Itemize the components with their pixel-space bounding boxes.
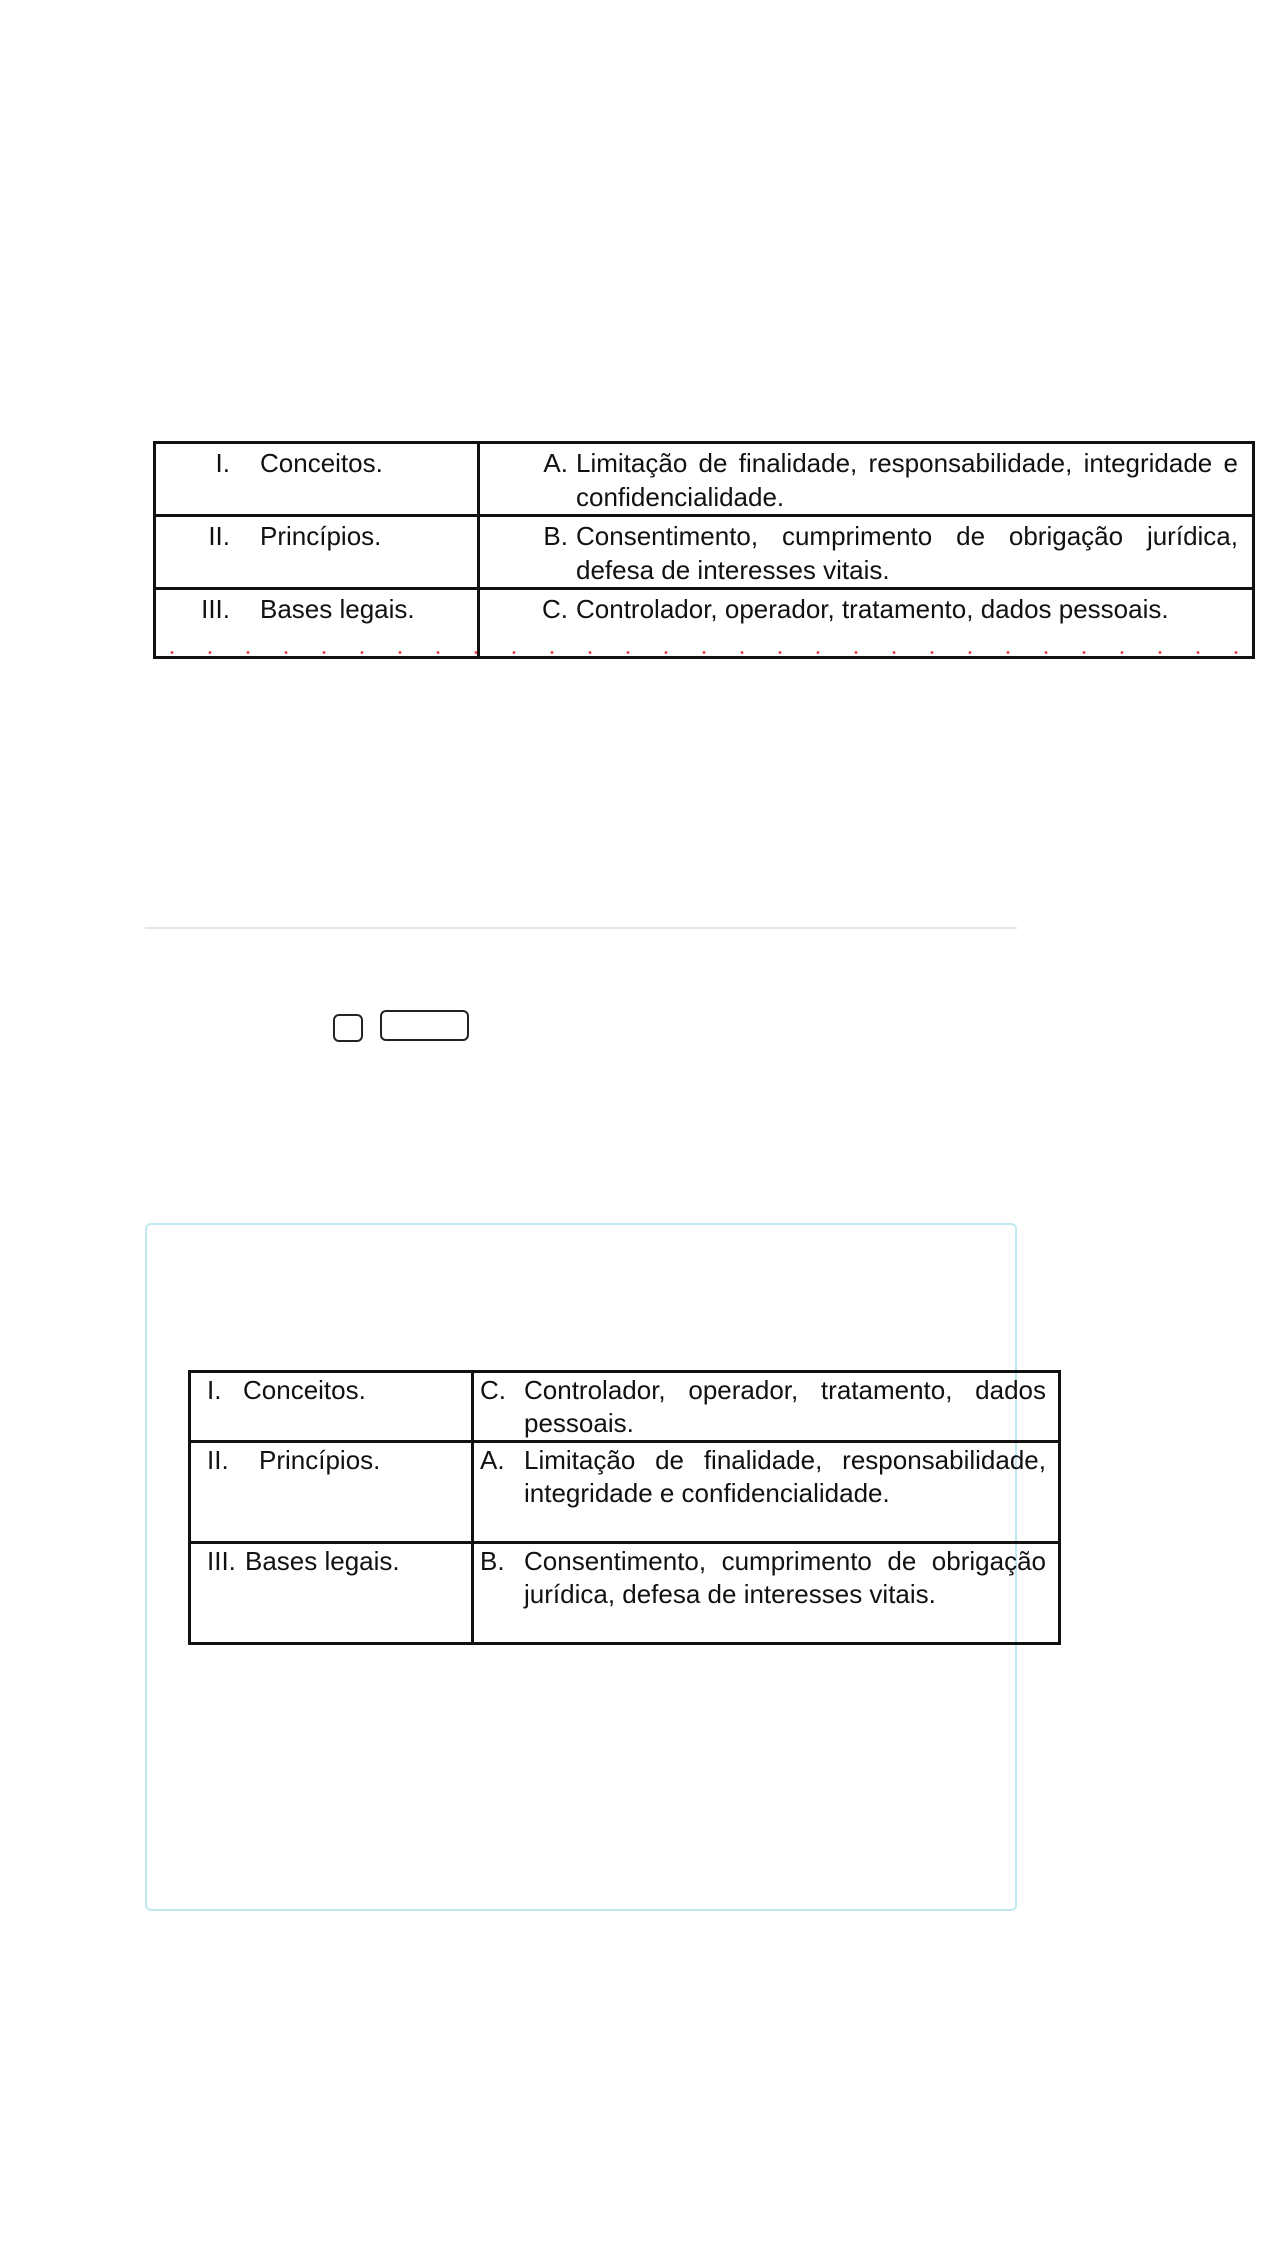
term-cell: II. Princípios. [190, 1442, 473, 1543]
description-cell: A. Limitação de finalidade, responsabili… [479, 443, 1254, 516]
term-cell: III. Bases legais. [155, 589, 479, 658]
term-label: Princípios. [260, 519, 381, 553]
description-cell: C. Controlador, operador, tratamento, da… [479, 589, 1254, 658]
question-image-table: I. Conceitos. A. Limitação de finalidade… [153, 441, 1255, 659]
term-cell: I. Conceitos. [190, 1372, 473, 1442]
table-row: II. Princípios. B. Consentimento, cumpri… [155, 516, 1254, 589]
description-text: Limitação de finalidade, responsabilidad… [576, 446, 1238, 514]
description-cell: B. Consentimento, cumprimento de obrigaç… [473, 1543, 1060, 1644]
description-cell: A. Limitação de finalidade, responsabili… [473, 1442, 1060, 1543]
description-cell: B. Consentimento, cumprimento de obrigaç… [479, 516, 1254, 589]
term-cell: I. Conceitos. [155, 443, 479, 516]
table-row: III. Bases legais. B. Consentimento, cum… [190, 1543, 1060, 1644]
term-label: Conceitos. [260, 446, 383, 480]
description-text: Controlador, operador, tratamento, dados… [576, 592, 1238, 626]
roman-numeral: II. [190, 519, 230, 553]
term-label: Bases legais. [260, 592, 415, 626]
answer-checkbox[interactable] [333, 1014, 363, 1042]
description-text: Limitação de finalidade, responsabilidad… [524, 1444, 1046, 1510]
clipped-red-text [153, 651, 1255, 659]
option-letter: B. [480, 519, 576, 587]
roman-numeral: III. [190, 592, 230, 626]
description-text: Controlador, operador, tratamento, dados… [524, 1374, 1046, 1440]
term-label: Conceitos. [243, 1374, 366, 1407]
option-letter: A. [480, 1444, 524, 1510]
option-letter: A. [480, 446, 576, 514]
answer-input[interactable] [380, 1010, 469, 1041]
description-text: Consentimento, cumprimento de obrigação … [524, 1545, 1046, 1611]
table-row: III. Bases legais. C. Controlador, opera… [155, 589, 1254, 658]
description-text: Consentimento, cumprimento de obrigação … [576, 519, 1238, 587]
table-row: I. Conceitos. A. Limitação de finalidade… [155, 443, 1254, 516]
description-cell: C. Controlador, operador, tratamento, da… [473, 1372, 1060, 1442]
roman-numeral: III. [207, 1545, 245, 1578]
table-row: I. Conceitos. C. Controlador, operador, … [190, 1372, 1060, 1442]
term-cell: II. Princípios. [155, 516, 479, 589]
answer-image-table: I. Conceitos. C. Controlador, operador, … [188, 1370, 1061, 1645]
term-label: Bases legais. [245, 1545, 400, 1578]
section-divider [145, 927, 1017, 929]
table-row: II. Princípios. A. Limitação de finalida… [190, 1442, 1060, 1543]
roman-numeral: I. [207, 1374, 243, 1407]
option-letter: B. [480, 1545, 524, 1611]
roman-numeral: I. [190, 446, 230, 480]
option-letter: C. [480, 1374, 524, 1440]
term-label: Princípios. [259, 1444, 380, 1477]
roman-numeral: II. [207, 1444, 259, 1477]
term-cell: III. Bases legais. [190, 1543, 473, 1644]
option-letter: C. [480, 592, 576, 626]
